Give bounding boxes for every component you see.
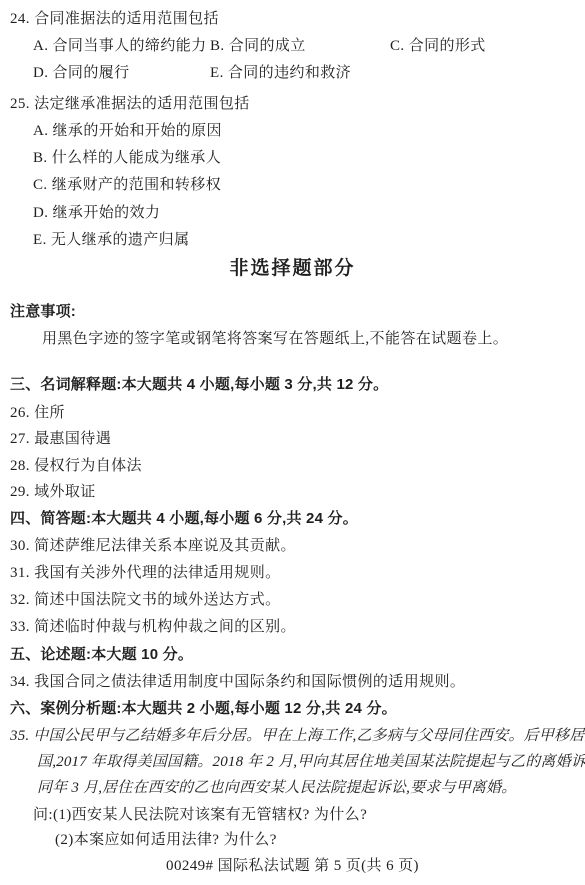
non-choice-section-heading: 非选择题部分 xyxy=(0,260,585,278)
q25-option-e: E. 无人继承的遗产归属 xyxy=(33,231,189,249)
notice-text: 用黑色字迹的签字笔或钢笔将答案写在答题纸上,不能答在试题卷上。 xyxy=(42,330,508,348)
q24-option-a: A. 合同当事人的缔约能力 xyxy=(33,37,207,55)
section-4-heading: 四、简答题:本大题共 4 小题,每小题 6 分,共 24 分。 xyxy=(10,510,358,528)
question-28: 28. 侵权行为自体法 xyxy=(10,457,142,475)
exam-paper-page: 24. 合同准据法的适用范围包括 A. 合同当事人的缔约能力 B. 合同的成立 … xyxy=(0,0,585,885)
question-27: 27. 最惠国待遇 xyxy=(10,430,111,448)
case-35-line-3: 同年 3 月,居住在西安的乙也向西安某人民法院提起诉讼,要求与甲离婚。 xyxy=(37,779,517,797)
question-31: 31. 我国有关涉外代理的法律适用规则。 xyxy=(10,564,281,582)
section-5-heading: 五、论述题:本大题 10 分。 xyxy=(10,646,193,664)
question-30: 30. 简述萨维尼法律关系本座说及其贡献。 xyxy=(10,537,296,555)
case-35-line-1: 35. 中国公民甲与乙结婚多年后分居。甲在上海工作,乙多病与父母同住西安。后甲移… xyxy=(10,727,585,745)
section-3-heading: 三、名词解释题:本大题共 4 小题,每小题 3 分,共 12 分。 xyxy=(10,376,388,394)
q24-option-c: C. 合同的形式 xyxy=(390,37,486,55)
question-25-title: 25. 法定继承准据法的适用范围包括 xyxy=(10,95,250,113)
question-34: 34. 我国合同之债法律适用制度中国际条约和国际惯例的适用规则。 xyxy=(10,673,465,691)
q24-option-d: D. 合同的履行 xyxy=(33,64,130,82)
q24-option-b: B. 合同的成立 xyxy=(210,37,306,55)
section-6-heading: 六、案例分析题:本大题共 2 小题,每小题 12 分,共 24 分。 xyxy=(10,700,397,718)
q24-option-e: E. 合同的违约和救济 xyxy=(210,64,351,82)
notice-label: 注意事项: xyxy=(10,303,76,321)
q25-option-c: C. 继承财产的范围和转移权 xyxy=(33,176,221,194)
case-35-question-1: 问:(1)西安某人民法院对该案有无管辖权? 为什么? xyxy=(33,806,367,824)
q25-option-b: B. 什么样的人能成为继承人 xyxy=(33,149,221,167)
question-24-title: 24. 合同准据法的适用范围包括 xyxy=(10,10,219,28)
question-32: 32. 简述中国法院文书的域外送达方式。 xyxy=(10,591,281,609)
question-33: 33. 简述临时仲裁与机构仲裁之间的区别。 xyxy=(10,618,296,636)
question-26: 26. 住所 xyxy=(10,404,65,422)
case-35-question-2: (2)本案应如何适用法律? 为什么? xyxy=(55,831,277,849)
question-29: 29. 域外取证 xyxy=(10,483,96,501)
page-footer: 00249# 国际私法试题 第 5 页(共 6 页) xyxy=(0,857,585,875)
case-35-line-2: 国,2017 年取得美国国籍。2018 年 2 月,甲向其居住地美国某法院提起与… xyxy=(37,753,585,771)
q25-option-d: D. 继承开始的效力 xyxy=(33,204,160,222)
q25-option-a: A. 继承的开始和开始的原因 xyxy=(33,122,222,140)
